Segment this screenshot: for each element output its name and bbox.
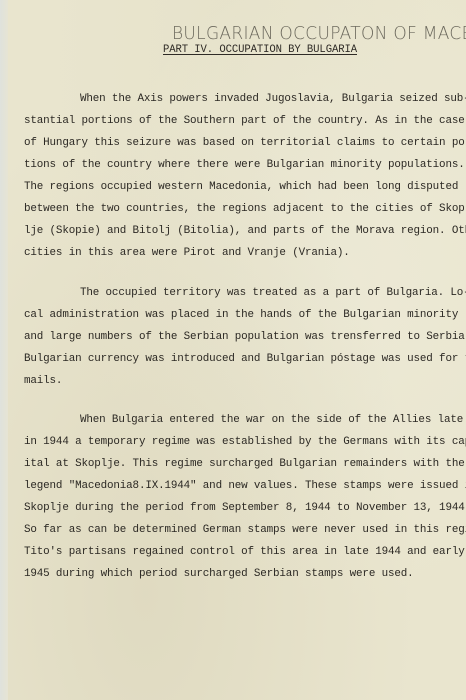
text-line: stantial portions of the Southern part o… xyxy=(24,110,464,132)
section-heading: PART IV. OCCUPATION BY BULGARIA xyxy=(163,44,357,56)
text-line: of Hungary this seizure was based on ter… xyxy=(24,132,464,154)
text-line: 1945 during which period surcharged Serb… xyxy=(24,563,464,585)
handwritten-title: BULGARIAN OCCUPATON OF MACEDONIA xyxy=(172,24,466,45)
text-line: cities in this area were Pirot and Vranj… xyxy=(24,242,464,264)
text-line: tions of the country where there were Bu… xyxy=(24,154,464,176)
paragraph-2: The occupied territory was treated as a … xyxy=(24,282,464,392)
text-line: When the Axis powers invaded Jugoslavia,… xyxy=(24,88,464,110)
text-line: and large numbers of the Serbian populat… xyxy=(24,326,464,348)
document-body: When the Axis powers invaded Jugoslavia,… xyxy=(24,88,464,603)
text-line: in 1944 a temporary regime was establish… xyxy=(24,431,464,453)
text-line: legend "Macedonia8.IX.1944" and new valu… xyxy=(24,475,464,497)
text-line: The occupied territory was treated as a … xyxy=(24,282,464,304)
text-line: lje (Skopie) and Bitolj (Bitolia), and p… xyxy=(24,220,464,242)
text-line: Tito's partisans regained control of thi… xyxy=(24,541,464,563)
paragraph-1: When the Axis powers invaded Jugoslavia,… xyxy=(24,88,464,264)
text-line: ital at Skoplje. This regime surcharged … xyxy=(24,453,464,475)
paragraph-3: When Bulgaria entered the war on the sid… xyxy=(24,409,464,585)
text-line: between the two countries, the regions a… xyxy=(24,198,464,220)
text-line: When Bulgaria entered the war on the sid… xyxy=(24,409,464,431)
text-line: The regions occupied western Macedonia, … xyxy=(24,176,464,198)
text-line: mails. xyxy=(24,370,464,392)
text-line: Skoplje during the period from September… xyxy=(24,497,464,519)
scan-left-edge xyxy=(0,0,8,700)
text-line: Bulgarian currency was introduced and Bu… xyxy=(24,348,464,370)
text-line: cal administration was placed in the han… xyxy=(24,304,464,326)
text-line: So far as can be determined German stamp… xyxy=(24,519,464,541)
